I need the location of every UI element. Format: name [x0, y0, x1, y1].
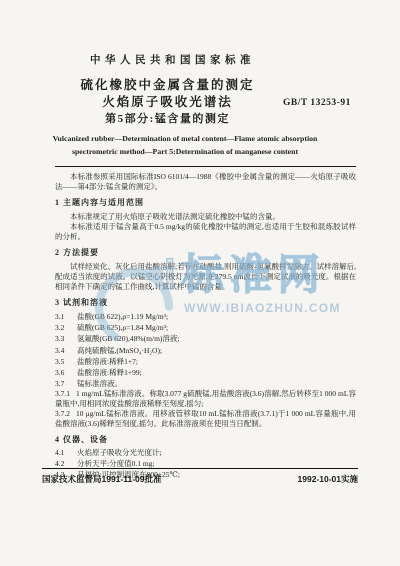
reagent-item-number: 3.6	[55, 367, 77, 378]
reagent-item-text: 10 μg/mL锰标准溶液。用移液管移取10 mL锰标准溶液(3.7.1)于1 …	[55, 409, 356, 428]
doc-title-en-line2: spectrometric method—Part 5:Determinatio…	[30, 145, 340, 158]
section-2-paragraph-1: 试样经炭化、灰化后用盐酸溶解;若存在硅酸盐,则用硫酸-氢氟酸挥发除去。试样溶解后…	[55, 262, 356, 292]
reagent-item-number: 3.4	[55, 345, 77, 356]
document-title-block: 硫化橡胶中金属含量的测定 火焰原子吸收光谱法 第5部分:锰含量的测定	[25, 77, 310, 127]
section-1-paragraph-2: 本标准适用于锰含量高于0.5 mg/kg的硫化橡胶中锰的测定,也适用于生胶和混炼…	[55, 222, 356, 242]
reagent-item-3-5: 3.5 盐酸溶液:稀释1+7;	[55, 356, 356, 367]
reagent-item-number: 3.2	[55, 322, 77, 333]
reagent-item-number: 3.7	[55, 378, 77, 389]
document-body: 本标准参照采用国际标准ISO 6101/4—1988《橡胶中金属含量的测定——火…	[55, 169, 356, 481]
preface-paragraph: 本标准参照采用国际标准ISO 6101/4—1988《橡胶中金属含量的测定——火…	[55, 172, 356, 192]
section-3-heading: 3 试剂和溶液	[55, 298, 356, 308]
implementation-note: 1992-10-01实施	[298, 473, 358, 485]
reagent-list: 3.1 盐酸(GB 622),ρ=1.19 Mg/m³; 3.2 硫酸(GB 6…	[55, 311, 356, 429]
reagent-item-3-7-1: 3.7.11 mg/mL锰标准溶液。称取3.077 g硫酸锰,用盐酸溶液(3.6…	[55, 389, 356, 409]
equipment-item-4-1: 4.1 火焰原子吸收分光光度计;	[55, 448, 356, 459]
doc-title-cn-line3: 第5部分:锰含量的测定	[25, 111, 310, 127]
section-2-heading: 2 方法提要	[55, 248, 356, 258]
reagent-item-3-7-2: 3.7.210 μg/mL锰标准溶液。用移液管移取10 mL锰标准溶液(3.7.…	[55, 409, 356, 429]
reagent-item-3-6: 3.6 盐酸溶液:稀释1+99;	[55, 367, 356, 378]
equipment-item-number: 4.1	[55, 448, 77, 459]
reagent-item-number: 3.5	[55, 356, 77, 367]
reagent-item-number: 3.7.1	[55, 389, 70, 398]
document-title-english: Vulcanized rubber—Determination of metal…	[30, 132, 340, 158]
reagent-item-text: 盐酸溶液:稀释1+7;	[77, 356, 138, 367]
reagent-item-number: 3.3	[55, 333, 77, 344]
reagent-item-3-2: 3.2 硫酸(GB 625),ρ=1.84 Mg/m³;	[55, 322, 356, 333]
reagent-item-text: 盐酸溶液:稀释1+99;	[77, 367, 142, 378]
reagent-item-text: 1 mg/mL锰标准溶液。称取3.077 g硫酸锰,用盐酸溶液(3.6)溶解,然…	[55, 389, 356, 408]
reagent-item-3-3: 3.3 氢氟酸(GB 620),48%(m/m)溶液;	[55, 333, 356, 344]
national-standard-header: 中华人民共和国国家标准	[15, 52, 330, 67]
reagent-item-text: 高纯硫酸锰,(MnSO₄·H₂O);	[77, 345, 162, 356]
standard-number: GB/T 13253-91	[283, 98, 351, 108]
reagent-item-3-7: 3.7 锰标准溶液。	[55, 378, 356, 389]
section-1-heading: 1 主题内容与适用范围	[55, 198, 356, 208]
section-1-paragraph-1: 本标准规定了用火焰原子吸收光谱法测定硫化橡胶中锰的含量。	[55, 212, 356, 222]
reagent-item-text: 硫酸(GB 625),ρ=1.84 Mg/m³;	[77, 322, 168, 333]
reagent-item-text: 氢氟酸(GB 620),48%(m/m)溶液;	[77, 333, 180, 344]
standard-document-page: 中华人民共和国国家标准 硫化橡胶中金属含量的测定 火焰原子吸收光谱法 第5部分:…	[0, 0, 400, 566]
title-divider-rule	[55, 166, 356, 167]
doc-title-cn-line2: 火焰原子吸收光谱法	[25, 94, 310, 111]
reagent-item-3-1: 3.1 盐酸(GB 622),ρ=1.19 Mg/m³;	[55, 311, 356, 322]
reagent-item-text: 盐酸(GB 622),ρ=1.19 Mg/m³;	[77, 311, 168, 322]
reagent-item-text: 锰标准溶液。	[77, 378, 122, 389]
doc-title-en-line1: Vulcanized rubber—Determination of metal…	[30, 132, 340, 145]
reagent-item-3-4: 3.4 高纯硫酸锰,(MnSO₄·H₂O);	[55, 345, 356, 356]
doc-title-cn-line1: 硫化橡胶中金属含量的测定	[25, 77, 310, 94]
document-footer: 国家技术监督局1991-11-09批准 1992-10-01实施	[42, 468, 358, 485]
approval-note: 国家技术监督局1991-11-09批准	[42, 473, 162, 485]
equipment-item-text: 火焰原子吸收分光光度计;	[77, 448, 162, 459]
section-4-heading: 4 仪器、设备	[55, 435, 356, 445]
reagent-item-number: 3.1	[55, 311, 77, 322]
reagent-item-number: 3.7.2	[55, 409, 70, 418]
